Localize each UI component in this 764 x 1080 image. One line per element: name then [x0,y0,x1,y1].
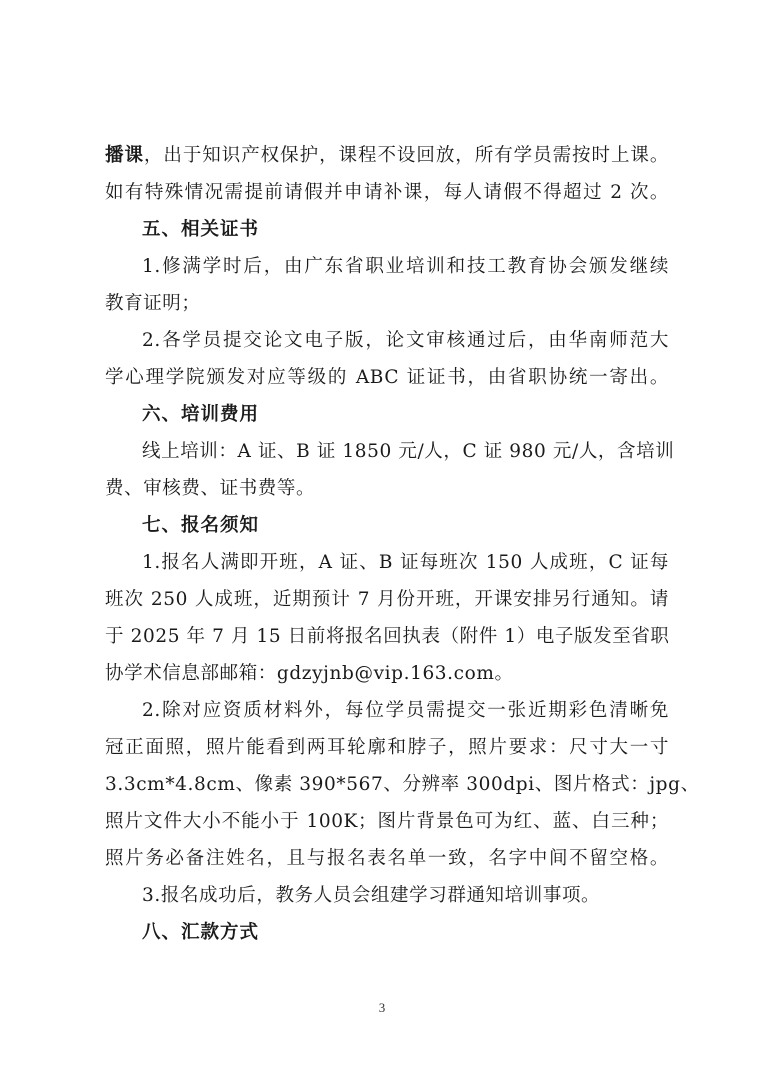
bold-text: 播课 [105,145,144,166]
paragraph-line: 如有特殊情况需提前请假并申请补课，每人请假不得超过 2 次。 [105,178,669,208]
paragraph-line: 于 2025 年 7 月 15 日前将报名回执表（附件 1）电子版发至省职 [105,622,669,652]
paragraph-line: 照片务必备注姓名，且与报名表名单一致，名字中间不留空格。 [105,844,669,874]
paragraph-line: 1.报名人满即开班，A 证、B 证每班次 150 人成班，C 证每 [142,548,669,578]
paragraph-line: 班次 250 人成班，近期预计 7 月份开班，开课安排另行通知。请 [105,585,669,615]
paragraph-line: 2.各学员提交论文电子版，论文审核通过后，由华南师范大 [142,326,669,356]
paragraph-line-email: 协学术信息部邮箱：gdzyjnb@vip.163.com。 [105,659,669,689]
section-heading-fees: 六、培训费用 [142,400,259,430]
document-page: 播课，出于知识产权保护，课程不设回放，所有学员需按时上课。 如有特殊情况需提前请… [0,0,764,1080]
text-run: ，出于知识产权保护，课程不设回放，所有学员需按时上课。 [144,145,669,166]
paragraph-line: 3.3cm*4.8cm、像素 390*567、分辨率 300dpi、图片格式：j… [105,770,669,800]
section-heading-payment: 八、汇款方式 [142,918,259,948]
paragraph-line: 1.修满学时后，由广东省职业培训和技工教育协会颁发继续 [142,252,669,282]
paragraph-line: 教育证明； [105,289,669,319]
paragraph-line: 线上培训：A 证、B 证 1850 元/人，C 证 980 元/人，含培训 [142,437,669,467]
paragraph-line: 照片文件大小不能小于 100K；图片背景色可为红、蓝、白三种； [105,807,669,837]
section-heading-certificates: 五、相关证书 [142,215,259,245]
paragraph-line: 2.除对应资质材料外，每位学员需提交一张近期彩色清晰免 [142,696,669,726]
paragraph-line: 冠正面照，照片能看到两耳轮廓和脖子，照片要求：尺寸大一寸 [105,733,669,763]
paragraph-line: 学心理学院颁发对应等级的 ABC 证证书，由省职协统一寄出。 [105,363,669,393]
paragraph-line: 3.报名成功后，教务人员会组建学习群通知培训事项。 [142,881,669,911]
paragraph-line: 播课，出于知识产权保护，课程不设回放，所有学员需按时上课。 [105,141,669,171]
paragraph-line: 费、审核费、证书费等。 [105,474,669,504]
section-heading-registration: 七、报名须知 [142,511,259,541]
page-number: 3 [0,1000,764,1016]
